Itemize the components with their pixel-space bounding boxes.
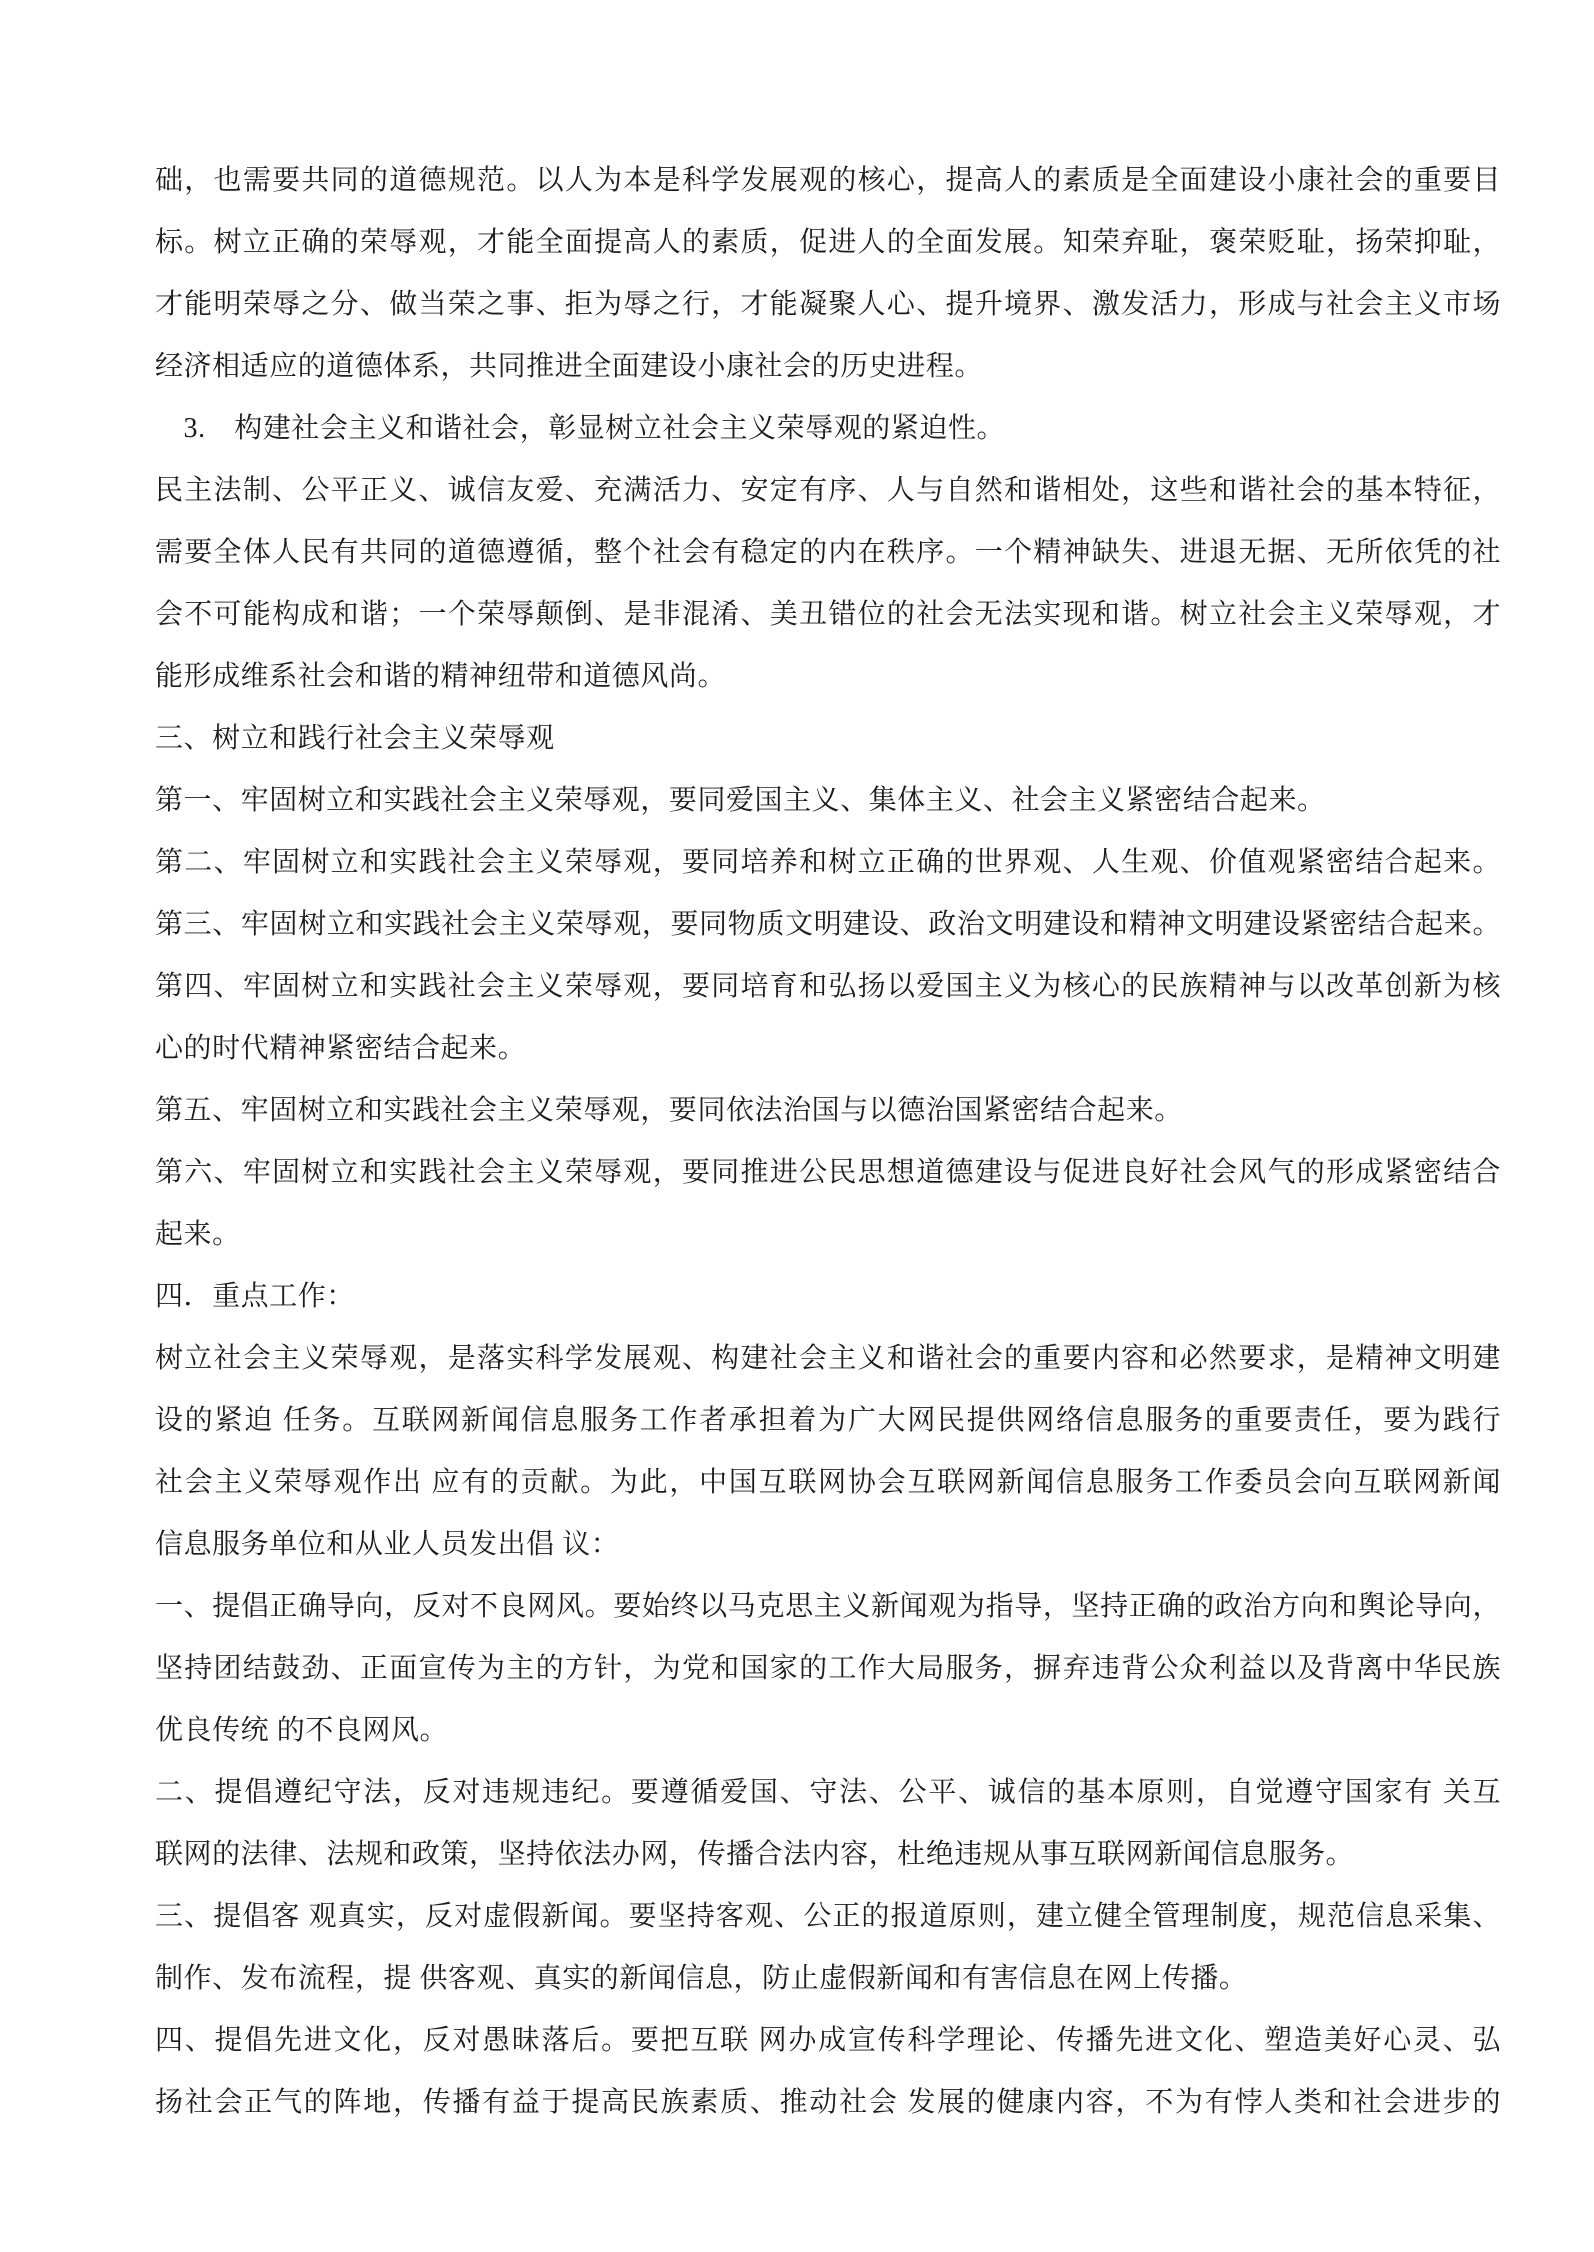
text-line: 制作、发布流程，提 供客观、真实的新闻信息，防止虚假新闻和有害信息在网上传播。 (155, 1948, 1501, 2010)
text-line: 能形成维系社会和谐的精神纽带和道德风尚。 (155, 646, 1501, 708)
text-line: 民主法制、公平正义、诚信友爱、充满活力、安定有序、人与自然和谐相处，这些和谐社会… (155, 460, 1501, 522)
text-line: 扬社会正气的阵地，传播有益于提高民族素质、推动社会 发展的健康内容，不为有悖人类… (155, 2072, 1501, 2134)
text-line: 第三、牢固树立和实践社会主义荣辱观，要同物质文明建设、政治文明建设和精神文明建设… (155, 894, 1501, 956)
text-line: 优良传统 的不良网风。 (155, 1700, 1501, 1762)
text-line: 才能明荣辱之分、做当荣之事、拒为辱之行，才能凝聚人心、提升境界、激发活力，形成与… (155, 274, 1501, 336)
text-line: 二、提倡遵纪守法，反对违规违纪。要遵循爱国、守法、公平、诚信的基本原则，自觉遵守… (155, 1762, 1501, 1824)
text-line: 第四、牢固树立和实践社会主义荣辱观，要同培育和弘扬以爱国主义为核心的民族精神与以… (155, 956, 1501, 1018)
text-line: 起来。 (155, 1204, 1501, 1266)
text-line: 经济相适应的道德体系，共同推进全面建设小康社会的历史进程。 (155, 336, 1501, 398)
text-line: 第五、牢固树立和实践社会主义荣辱观，要同依法治国与以德治国紧密结合起来。 (155, 1080, 1501, 1142)
text-line: 信息服务单位和从业人员发出倡 议： (155, 1514, 1501, 1576)
text-line: 标。树立正确的荣辱观，才能全面提高人的素质，促进人的全面发展。知荣弃耻，褒荣贬耻… (155, 212, 1501, 274)
text-line: 需要全体人民有共同的道德遵循，整个社会有稳定的内在秩序。一个精神缺失、进退无据、… (155, 522, 1501, 584)
text-line: 联网的法律、法规和政策，坚持依法办网，传播合法内容，杜绝违规从事互联网新闻信息服… (155, 1824, 1501, 1886)
text-line: 树立社会主义荣辱观，是落实科学发展观、构建社会主义和谐社会的重要内容和必然要求，… (155, 1328, 1501, 1390)
text-line: 四、提倡先进文化，反对愚昧落后。要把互联 网办成宣传科学理论、传播先进文化、塑造… (155, 2010, 1501, 2072)
text-line: 第六、牢固树立和实践社会主义荣辱观，要同推进公民思想道德建设与促进良好社会风气的… (155, 1142, 1501, 1204)
document-page: 础，也需要共同的道德规范。以人为本是科学发展观的核心，提高人的素质是全面建设小康… (155, 150, 1501, 2134)
text-line: 一、提倡正确导向，反对不良网风。要始终以马克思主义新闻观为指导，坚持正确的政治方… (155, 1576, 1501, 1638)
text-line: 社会主义荣辱观作出 应有的贡献。为此，中国互联网协会互联网新闻信息服务工作委员会… (155, 1452, 1501, 1514)
text-line: 设的紧迫 任务。互联网新闻信息服务工作者承担着为广大网民提供网络信息服务的重要责… (155, 1390, 1501, 1452)
text-line: 3. 构建社会主义和谐社会，彰显树立社会主义荣辱观的紧迫性。 (155, 398, 1501, 460)
text-line: 四．重点工作： (155, 1266, 1501, 1328)
text-line: 第一、牢固树立和实践社会主义荣辱观，要同爱国主义、集体主义、社会主义紧密结合起来… (155, 770, 1501, 832)
text-line: 会不可能构成和谐；一个荣辱颠倒、是非混淆、美丑错位的社会无法实现和谐。树立社会主… (155, 584, 1501, 646)
text-line: 三、提倡客 观真实，反对虚假新闻。要坚持客观、公正的报道原则，建立健全管理制度，… (155, 1886, 1501, 1948)
text-line: 第二、牢固树立和实践社会主义荣辱观，要同培养和树立正确的世界观、人生观、价值观紧… (155, 832, 1501, 894)
text-line: 心的时代精神紧密结合起来。 (155, 1018, 1501, 1080)
text-line: 础，也需要共同的道德规范。以人为本是科学发展观的核心，提高人的素质是全面建设小康… (155, 150, 1501, 212)
text-line: 三、树立和践行社会主义荣辱观 (155, 708, 1501, 770)
text-line: 坚持团结鼓劲、正面宣传为主的方针，为党和国家的工作大局服务，摒弃违背公众利益以及… (155, 1638, 1501, 1700)
